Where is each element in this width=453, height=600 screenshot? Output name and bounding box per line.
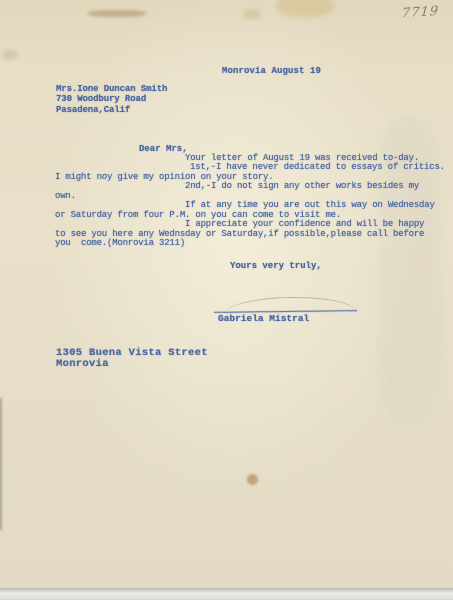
recipient-street: 730 Woodbury Road xyxy=(56,94,167,104)
scanned-letter-page: 7719 Monrovia August 19 Mrs.Ione Duncan … xyxy=(0,0,453,600)
paper-stain xyxy=(247,474,258,485)
recipient-address: Mrs.Ione Duncan Smith 730 Woodbury Road … xyxy=(56,84,167,115)
paper-stain xyxy=(2,50,18,60)
sender-address: 1305 Buena Vista Street Monrovia xyxy=(56,348,208,370)
salutation: Dear Mrs, xyxy=(139,144,188,154)
recipient-city: Pasadena,Calif xyxy=(56,105,167,115)
signature-name: Gabriela Mistral xyxy=(218,313,309,324)
scanner-background xyxy=(0,588,453,600)
letter-paper: 7719 Monrovia August 19 Mrs.Ione Duncan … xyxy=(0,0,453,588)
dateline: Monrovia August 19 xyxy=(222,66,321,76)
body-line: 2nd,-I do not sign any other works besid… xyxy=(185,182,453,191)
archive-number: 7719 xyxy=(402,4,443,22)
paper-stain xyxy=(88,10,146,17)
closing: Yours very truly, xyxy=(230,261,322,271)
paper-stain xyxy=(276,0,334,18)
body-line: you come.(Monrovia 3211) xyxy=(55,239,453,248)
paper-edge-shadow xyxy=(0,398,2,530)
letter-body: Your letter of August 19 was received to… xyxy=(55,154,453,249)
paper-stain xyxy=(243,9,261,19)
sender-city: Monrovia xyxy=(56,359,208,370)
recipient-name: Mrs.Ione Duncan Smith xyxy=(56,84,167,94)
